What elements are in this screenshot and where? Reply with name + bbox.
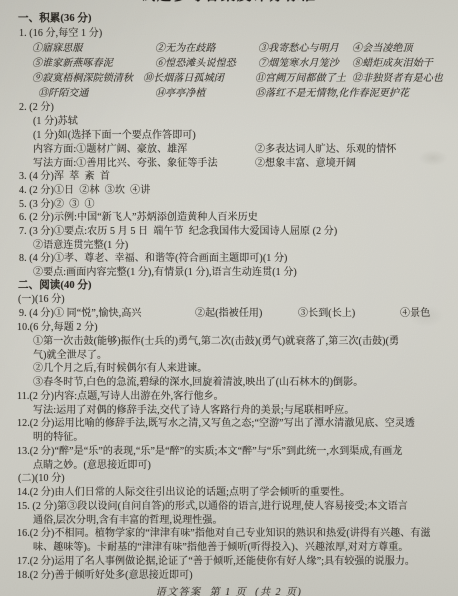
clipped-page-title: 试题参考答案及评分标准 [0, 0, 458, 4]
q10-answer-2: ②几个月之后,有时候偶尔有人来进谏。 [33, 363, 207, 375]
reading-part2-heading: (二)(10 分) [18, 473, 65, 485]
q9-answer-2: ②起(指被任用) [195, 308, 262, 320]
q16-answer-line-2: 味、趣味等)。卡耐基的“津津有味”指他善于倾听(听得投入)、兴趣浓厚,对对方尊重… [33, 542, 408, 554]
q17-answer: 17.(2 分)运用了名人事例做论据,论证了“善于倾听,还能使你有好人缘”;具有… [17, 556, 415, 568]
page-footer: 语文答案 第 1 页 (共 2 页) [0, 583, 458, 596]
q1-answer-3: ③我寄愁心与明月 [258, 43, 339, 55]
q1-answer-15: ⑮落红不是无情物,化作春泥更护花 [255, 88, 409, 100]
q3-answer: 3. (4 分)浑 萃 紊 首 [19, 171, 110, 183]
q8-answer-line-2: ②要点:画面内容完整(1 分),有情景(1 分),语言生动连贯(1 分) [33, 267, 297, 279]
q1-answer-1: ①寤寐思服 [32, 43, 83, 55]
q2-answer-poet: (1 分)苏轼 [33, 116, 78, 128]
q10-label: 10.(6 分,每题 2 分) [17, 322, 98, 334]
q1-answer-10: ⑩长烟落日孤城闭 [143, 73, 224, 85]
scan-smudge [418, 150, 448, 166]
q9-answer-3: ③长到(长上) [298, 308, 355, 320]
reading-part1-heading: (一)(16 分) [18, 294, 65, 306]
q15-answer-line-2: 通俗,层次分明,含有丰富的哲理,说理性强。 [33, 515, 223, 527]
q5-answer: 5. (3 分)② ③ ① [19, 199, 95, 211]
q7-answer-line-2: ②语意连贯完整(1 分) [33, 240, 128, 252]
section-accumulate-heading: 一、积累(36 分) [18, 13, 92, 25]
q1-label: 1. (16 分,每空 1 分) [19, 28, 102, 40]
q1-answer-5: ⑤谁家新燕啄春泥 [32, 58, 113, 70]
q13-answer-line-1: 13.(2 分)“醉”是“乐”的表现,“乐”是“醉”的实质;本文“醉”与“乐”到… [17, 446, 402, 458]
section-reading-heading: 二、阅读(40 分) [18, 280, 92, 292]
q1-answer-12: ⑫非独贤者有是心也 [352, 73, 443, 85]
q2-method-point-2: ②想象丰富、意境开阔 [255, 158, 356, 170]
q10-answer-1-line-2: 气)就全泄尽了。 [33, 350, 107, 362]
q12-answer-line-1: 12.(2 分)运用比喻的修辞手法,既写水之清,又写鱼之态;“空游”写出了潭水清… [17, 418, 415, 430]
q11-answer-line-2: 写法:运用了对偶的修辞手法,交代了诗人客路行舟的美景;与尾联相呼应。 [33, 405, 354, 417]
q13-answer-line-2: 点睛之妙。(意思接近即可) [33, 460, 151, 472]
q16-answer-line-1: 16.(2 分)不相同。植物学家的“津津有味”指他对自己专业知识的熟识和热爱(讲… [17, 528, 431, 540]
q2-label: 2. (2 分) [19, 102, 54, 114]
q2-content-point-2: ②多表达词人旷达、乐观的情怀 [255, 144, 396, 156]
q6-answer: 6. (2 分)示例:中国“新飞人”苏炳添创造黄种人百米历史 [19, 212, 258, 224]
q2-content-point-1: 内容方面:①题材广阔、豪放、雄浑 [33, 144, 187, 156]
q1-answer-14: ⑭亭亭净植 [155, 88, 206, 100]
q10-answer-3: ③春冬时节,白色的急流,碧绿的深水,回旋着清波,映出了(山石林木的)倒影。 [33, 377, 363, 389]
q9-answer-4: ④景色 [400, 308, 430, 320]
q1-answer-13: ⑬阡陌交通 [38, 88, 89, 100]
q14-answer: 14.(2 分)由人们日常的人际交往引出议论的话题;点明了学会倾听的重要性。 [17, 487, 350, 499]
q15-answer-line-1: 15. (2 分)第③段以设问(自问自答)的形式,以通俗的语言,进行说理,使人容… [17, 501, 408, 513]
q1-answer-2: ②无为在歧路 [155, 43, 216, 55]
q1-answer-11: ⑪宫阙万间都做了土 [255, 73, 346, 85]
q10-answer-1-line-1: ①第一次击鼓(能够)振作(士兵的)勇气,第二次(击鼓)(勇气)就衰落了,第三次(… [33, 336, 399, 348]
q1-answer-9: ⑨寂寞梧桐深院锁清秋 [32, 73, 133, 85]
q1-answer-7: ⑦烟笼寒水月笼沙 [258, 58, 339, 70]
scanned-answer-sheet-page: 试题参考答案及评分标准 一、积累(36 分) 1. (16 分,每空 1 分) … [0, 0, 458, 596]
q2-answer-note: (1 分)如(选择下面一个要点作答即可) [33, 130, 196, 142]
q11-answer-line-1: 11.(2 分)内容:点题,写诗人出游在外,客行他乡。 [17, 391, 224, 403]
q1-answer-6: ⑥惶恐滩头说惶恐 [155, 58, 236, 70]
q9-answer-1: 9. (4 分)① 同“悦”,愉快,高兴 [19, 308, 142, 320]
q18-answer: 18.(2 分)善于倾听好处多(意思接近即可) [17, 570, 193, 582]
q1-answer-4: ④会当凌绝顶 [352, 43, 413, 55]
q12-answer-line-2: 明的特征。 [33, 432, 84, 444]
q1-answer-8: ⑧蜡炬成灰泪始干 [352, 58, 433, 70]
q8-answer-line-1: 8. (4 分)①孝、尊老、幸福、和谐等(符合画面主题即可)(1 分) [19, 253, 287, 265]
q4-answer: 4. (2 分)①日 ②林 ③坎 ④讲 [19, 185, 150, 197]
q2-method-point-1: 写法方面:①善用比兴、夸张、象征等手法 [33, 158, 218, 170]
q7-answer-line-1: 7. (3 分)①要点:农历 5 月 5 日 端午节 纪念我国伟大爱国诗人屈原 … [19, 226, 337, 238]
